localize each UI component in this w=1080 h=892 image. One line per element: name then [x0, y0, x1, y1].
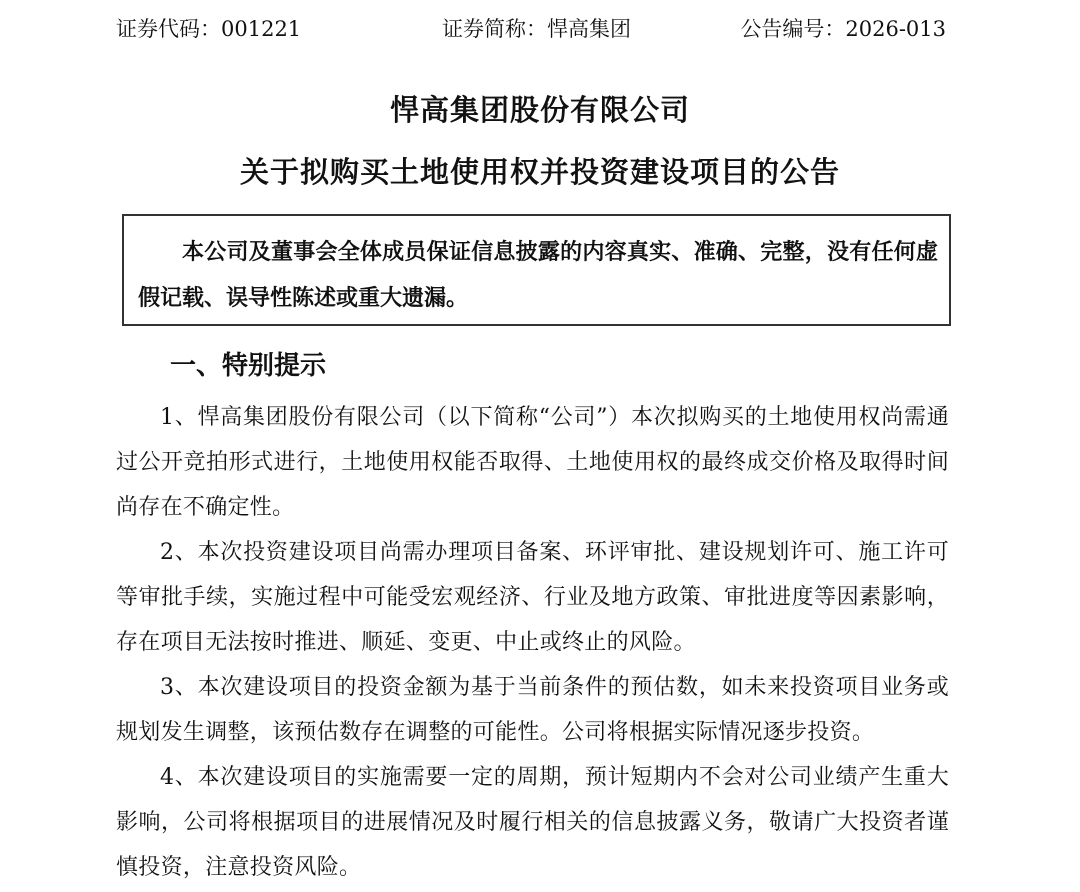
security-abbreviation: 证券简称：悍高集团 [442, 12, 631, 46]
company-title: 悍高集团股份有限公司 [0, 88, 1080, 129]
announcement-number: 公告编号：2026-013 [740, 12, 946, 46]
notice-item-3: 3、本次建设项目的投资金额为基于当前条件的预估数，如未来投资项目业务或规划发生调… [116, 665, 949, 755]
notice-item-1: 1、悍高集团股份有限公司（以下简称“公司”）本次拟购买的土地使用权尚需通过公开竞… [116, 395, 949, 530]
disclosure-statement-text: 本公司及董事会全体成员保证信息披露的内容真实、准确、完整，没有任何虚假记载、误导… [138, 230, 938, 322]
notice-item-2: 2、本次投资建设项目尚需办理项目备案、环评审批、建设规划许可、施工许可等审批手续… [116, 530, 949, 665]
section-heading-special-notice: 一、特别提示 [170, 346, 326, 386]
document-header: 证券代码：001221 证券简称：悍高集团 公告编号：2026-013 [116, 12, 946, 46]
announcement-title: 关于拟购买土地使用权并投资建设项目的公告 [0, 150, 1080, 191]
security-code: 证券代码：001221 [116, 12, 301, 46]
notice-item-4: 4、本次建设项目的实施需要一定的周期，预计短期内不会对公司业绩产生重大影响，公司… [116, 755, 949, 890]
disclosure-statement-box: 本公司及董事会全体成员保证信息披露的内容真实、准确、完整，没有任何虚假记载、误导… [122, 214, 951, 326]
